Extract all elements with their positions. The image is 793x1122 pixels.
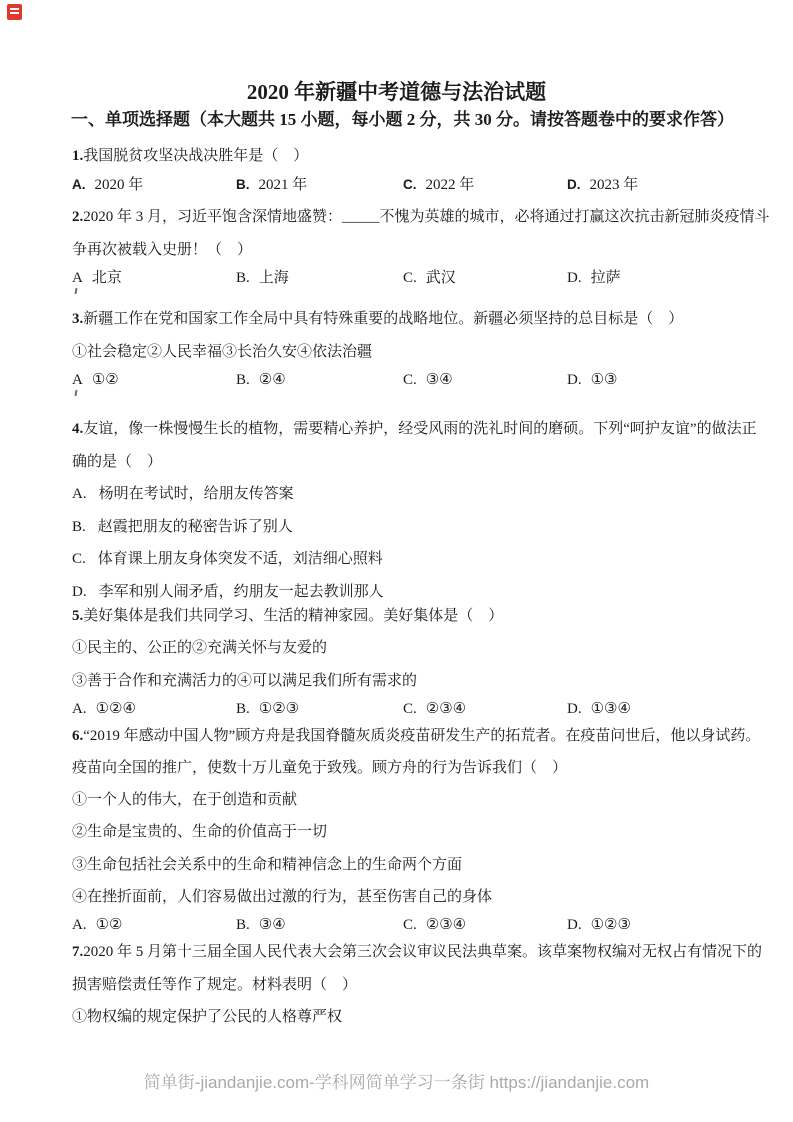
- option-text: ①③④: [591, 701, 631, 717]
- option-label: D.: [567, 177, 581, 192]
- option-label: B.: [236, 177, 250, 192]
- option-label: C.: [403, 917, 417, 933]
- option-label: B.: [236, 701, 250, 717]
- option-label: C.: [403, 177, 417, 192]
- option-label: D.: [567, 701, 582, 717]
- option-label: B.: [72, 519, 86, 535]
- question-5-option-B: B.①②③: [236, 699, 299, 719]
- page-title: 2020 年新疆中考道德与法治试题: [0, 78, 793, 106]
- question-6-subitem: ②生命是宝贵的、生命的价值高于一切: [72, 822, 327, 842]
- jiandanjie-logo-icon: [7, 4, 22, 20]
- question-number: 3.: [72, 311, 83, 327]
- option-label: A: [72, 270, 83, 286]
- option-label: B.: [236, 917, 250, 933]
- footer-watermark: 简单街-jiandanjie.com-学科网简单学习一条街 https://ji…: [0, 1068, 793, 1093]
- question-text: 2020 年 5 月第十三届全国人民代表大会第三次会议审议民法典草案。该草案物权…: [83, 944, 762, 960]
- question-text: 我国脱贫攻坚决战决胜年是（ ）: [83, 148, 308, 164]
- question-1-option-D: D.2023 年: [567, 175, 638, 195]
- question-2-option-B: B.上海: [236, 268, 289, 288]
- question-3-option-C: C.③④: [403, 370, 453, 390]
- question-2-option-D: D.拉萨: [567, 268, 621, 288]
- option-text: ①②: [92, 372, 119, 388]
- option-label: A: [72, 372, 83, 388]
- question-6-option-A: A.①②: [72, 915, 123, 935]
- question-4-option-D: D.李军和别人闹矛盾，约朋友一起去教训那人: [72, 582, 384, 602]
- option-label: C.: [403, 372, 417, 388]
- question-5-subitem: ①民主的、公正的②充满关怀与友爱的: [72, 638, 327, 658]
- question-2-option-C: C.武汉: [403, 268, 456, 288]
- question-4-option-A: A.杨明在考试时，给朋友传答案: [72, 484, 294, 504]
- stray-mark: [74, 288, 77, 294]
- option-text: 2021 年: [259, 177, 308, 193]
- option-label: A.: [72, 701, 87, 717]
- option-text: 2022 年: [426, 177, 475, 193]
- question-3-option-B: B.②④: [236, 370, 286, 390]
- question-1-option-A: A.2020 年: [72, 175, 143, 195]
- question-text: 2020 年 3 月，习近平饱含深情地盛赞：_____不愧为英雄的城市，必将通过…: [83, 209, 769, 225]
- option-text: ①②④: [96, 701, 136, 717]
- question-number: 7.: [72, 944, 83, 960]
- option-text: 上海: [259, 270, 289, 286]
- option-text: ②③④: [426, 701, 466, 717]
- option-text: 武汉: [426, 270, 456, 286]
- option-text: 2020 年: [95, 177, 144, 193]
- question-6-option-D: D.①②③: [567, 915, 631, 935]
- question-6-subitem: ③生命包括社会关系中的生命和精神信念上的生命两个方面: [72, 855, 462, 875]
- option-label: C.: [403, 270, 417, 286]
- option-label: B.: [236, 372, 250, 388]
- question-1-option-C: C.2022 年: [403, 175, 474, 195]
- question-1-option-B: B.2021 年: [236, 175, 307, 195]
- option-label: A.: [72, 486, 87, 502]
- question-number: 6.: [72, 728, 83, 744]
- option-text: 杨明在考试时，给朋友传答案: [99, 486, 294, 502]
- option-text: ①③: [591, 372, 618, 388]
- question-2-stem-continued: 争再次被载入史册！（ ）: [72, 240, 252, 260]
- option-label: D.: [567, 270, 582, 286]
- question-6-option-C: C.②③④: [403, 915, 466, 935]
- question-7-subitem: ①物权编的规定保护了公民的人格尊严权: [72, 1007, 342, 1027]
- question-5-option-D: D.①③④: [567, 699, 631, 719]
- question-4-stem: 4.友谊，像一株慢慢生长的植物，需要精心养护，经受风雨的洗礼时间的磨硕。下列“呵…: [72, 419, 757, 439]
- option-text: ②④: [259, 372, 286, 388]
- question-3-subitem: ①社会稳定②人民幸福③长治久安④依法治疆: [72, 342, 372, 362]
- question-1-stem: 1.我国脱贫攻坚决战决胜年是（ ）: [72, 146, 308, 166]
- question-5-option-A: A.①②④: [72, 699, 136, 719]
- question-6-option-B: B.③④: [236, 915, 286, 935]
- question-7-stem: 7.2020 年 5 月第十三届全国人民代表大会第三次会议审议民法典草案。该草案…: [72, 942, 762, 962]
- question-text: 友谊，像一株慢慢生长的植物，需要精心养护，经受风雨的洗礼时间的磨硕。下列“呵护友…: [83, 421, 756, 437]
- option-text: 拉萨: [591, 270, 621, 286]
- stray-mark: [74, 390, 77, 396]
- option-label: D.: [567, 917, 582, 933]
- option-text: ①②③: [259, 701, 299, 717]
- option-label: D.: [72, 584, 87, 600]
- question-4-stem-continued: 确的是（ ）: [72, 452, 162, 472]
- question-3-stem: 3.新疆工作在党和国家工作全局中具有特殊重要的战略地位。新疆必须坚持的总目标是（…: [72, 309, 683, 329]
- question-3-option-A: A①②: [72, 370, 119, 390]
- option-label: C.: [403, 701, 417, 717]
- question-5-stem: 5.美好集体是我们共同学习、生活的精神家园。美好集体是（ ）: [72, 606, 503, 626]
- question-2-option-A: A北京: [72, 268, 122, 288]
- option-label: C.: [72, 551, 86, 567]
- section-heading: 一、单项选择题（本大题共 15 小题，每小题 2 分，共 30 分。请按答题卷中…: [71, 108, 731, 132]
- question-2-stem: 2.2020 年 3 月，习近平饱含深情地盛赞：_____不愧为英雄的城市，必将…: [72, 207, 770, 227]
- question-6-subitem: ④在挫折面前，人们容易做出过激的行为，甚至伤害自己的身体: [72, 887, 492, 907]
- question-number: 1.: [72, 148, 83, 164]
- option-text: ②③④: [426, 917, 466, 933]
- question-4-option-C: C.体育课上朋友身体突发不适，刘洁细心照料: [72, 549, 383, 569]
- question-6-subitem: ①一个人的伟大，在于创造和贡献: [72, 790, 297, 810]
- option-label: D.: [567, 372, 582, 388]
- question-text: 新疆工作在党和国家工作全局中具有特殊重要的战略地位。新疆必须坚持的总目标是（ ）: [83, 311, 683, 327]
- question-number: 2.: [72, 209, 83, 225]
- option-text: 2023 年: [590, 177, 639, 193]
- option-text: 北京: [92, 270, 122, 286]
- option-text: ①②③: [591, 917, 631, 933]
- question-5-subitem: ③善于合作和充满活力的④可以满足我们所有需求的: [72, 671, 417, 691]
- question-text: “2019 年感动中国人物”顾方舟是我国脊髓灰质炎疫苗研发生产的拓荒者。在疫苗问…: [83, 728, 760, 744]
- question-number: 4.: [72, 421, 83, 437]
- question-4-option-B: B.赵霞把朋友的秘密告诉了别人: [72, 517, 293, 537]
- question-number: 5.: [72, 608, 83, 624]
- option-text: ③④: [259, 917, 286, 933]
- option-text: ③④: [426, 372, 453, 388]
- question-7-stem-continued: 损害赔偿责任等作了规定。材料表明（ ）: [72, 975, 357, 995]
- question-5-option-C: C.②③④: [403, 699, 466, 719]
- option-text: 体育课上朋友身体突发不适，刘洁细心照料: [98, 551, 383, 567]
- question-6-stem: 6.“2019 年感动中国人物”顾方舟是我国脊髓灰质炎疫苗研发生产的拓荒者。在疫…: [72, 726, 760, 746]
- question-6-stem-continued: 疫苗向全国的推广，使数十万儿童免于致残。顾方舟的行为告诉我们（ ）: [72, 758, 567, 778]
- question-text: 美好集体是我们共同学习、生活的精神家园。美好集体是（ ）: [83, 608, 503, 624]
- question-3-option-D: D.①③: [567, 370, 618, 390]
- option-text: ①②: [96, 917, 123, 933]
- option-text: 赵霞把朋友的秘密告诉了别人: [98, 519, 293, 535]
- option-text: 李军和别人闹矛盾，约朋友一起去教训那人: [99, 584, 384, 600]
- option-label: B.: [236, 270, 250, 286]
- option-label: A.: [72, 917, 87, 933]
- option-label: A.: [72, 177, 86, 192]
